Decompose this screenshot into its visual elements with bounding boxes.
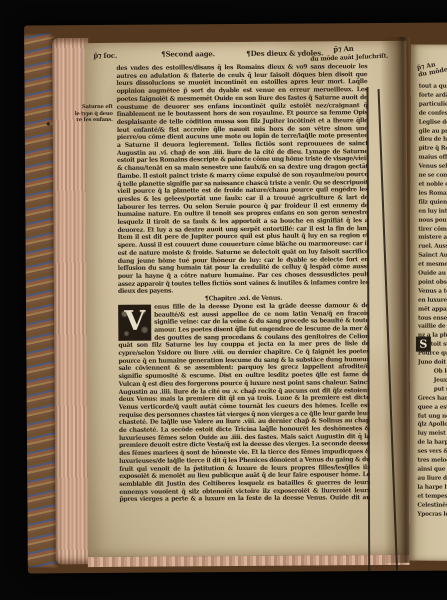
paragraph-venus: Venus fille de la deesse Dyone est la gr… (118, 302, 370, 503)
facing-line: de confession bl (419, 109, 447, 118)
facing-line: gile au premier l (419, 127, 447, 136)
facing-line: tres melodieux (417, 457, 447, 466)
facing-line: ruel. Aussi elle fu (418, 243, 447, 252)
facing-page: p̄⁊ An du mōde auāt Jeſuchriſt. tout a q… (409, 45, 447, 561)
facing-line: Juno doit que (418, 359, 447, 368)
facing-line: point obserué en (418, 279, 447, 288)
facing-line: Sainct Augustī (418, 252, 447, 261)
facing-line: particuliere es (419, 100, 447, 109)
facing-line: et noble en quar (418, 181, 447, 190)
facing-line: quee a esté pain (418, 403, 447, 412)
facing-line: de la harpe de (418, 439, 447, 448)
paragraph-venus-text: enus fille de la deesse Dyone est la grā… (118, 302, 370, 503)
facing-line: en luxure pour le (418, 296, 447, 305)
facing-page-header: p̄⁊ An du mōde auāt Jeſuchriſt. (416, 49, 447, 79)
facing-line: luy meist en sig (418, 430, 447, 439)
running-title-left: ¶Second aage. (161, 49, 215, 58)
facing-line: en luy intelligēt (418, 207, 447, 216)
facing-line: tout a quoy en (419, 83, 447, 92)
facing-text-column: tout a quoy enforte ardāt & lparticulier… (417, 83, 447, 545)
facing-line: mēt apparurēt (418, 305, 447, 314)
facing-line: Grecs harpe se (418, 394, 447, 403)
facing-line: au liure des fa (417, 474, 447, 483)
facing-line: Ypocras le tien (417, 510, 447, 519)
facing-line: dieu de hōneur (419, 136, 447, 145)
facing-line: les Romains de (418, 189, 447, 198)
facing-line: Celestinēs lu (417, 501, 447, 510)
facing-line: put sōme le (418, 385, 447, 394)
facing-line: mistere au mat (418, 234, 447, 243)
facing-line: ne se consentir q̄ (418, 172, 447, 181)
facing-line: nous pouuōs vo (418, 216, 447, 225)
facing-line: tous ensemble c (418, 314, 447, 323)
text-block: des vndes des estoilles/disans q̄ les Ro… (116, 63, 370, 503)
facing-line: q̄lz Apollo tua (418, 421, 447, 430)
book: p̄⁊ ſoc. ¶Second aage. ¶Des dieux & ydol… (24, 23, 447, 574)
paragraph-saturne: des vndes des estoilles/disans q̄ les Ro… (116, 63, 369, 296)
facing-line: Venus selon la t (418, 163, 447, 172)
facing-line: vaillie de vertu E (418, 323, 447, 332)
facing-line: Ob le dieu (418, 368, 447, 377)
facing-line: pitre q̄ Ro. lass (419, 145, 447, 154)
folio-mark: p̄⁊ ſoc. (93, 51, 117, 60)
facing-line: ainsi que dit O (417, 466, 447, 475)
facing-line: maius offermoi (419, 154, 447, 163)
facing-line: Venus a toutes (418, 287, 447, 296)
facing-line: et mesme sa face (418, 261, 447, 270)
facing-line: la harpe luy fu (417, 483, 447, 492)
woodcut-initial-v: V (118, 304, 151, 340)
page-bottom-edge (88, 555, 410, 567)
facing-line: ses vers & chan (417, 448, 447, 457)
photo-of-book-page: p̄⁊ ſoc. ¶Second aage. ¶Des dieux & ydol… (0, 0, 447, 600)
woodcut-initial-s: S (416, 337, 431, 352)
facing-line: filz quien ne or (418, 198, 447, 207)
facing-line: et tempeste fu (417, 492, 447, 501)
facing-line: Leglise de Ven9 (419, 118, 447, 127)
facing-line: Ouide au prem (418, 270, 447, 279)
margin-note-line: re ſes enfans. (53, 117, 113, 124)
margin-note-saturne: Saturne eſt le type q̄ deuo re ſes enfan… (53, 104, 113, 124)
year-mark: p̄⁊ An (333, 44, 354, 54)
facing-line: fut ung nouuel (418, 412, 447, 421)
facing-line: forte ardāt & l (419, 91, 447, 100)
facing-line: tirer cōme se ly (418, 225, 447, 234)
facing-line: Jeux des po (418, 376, 447, 385)
